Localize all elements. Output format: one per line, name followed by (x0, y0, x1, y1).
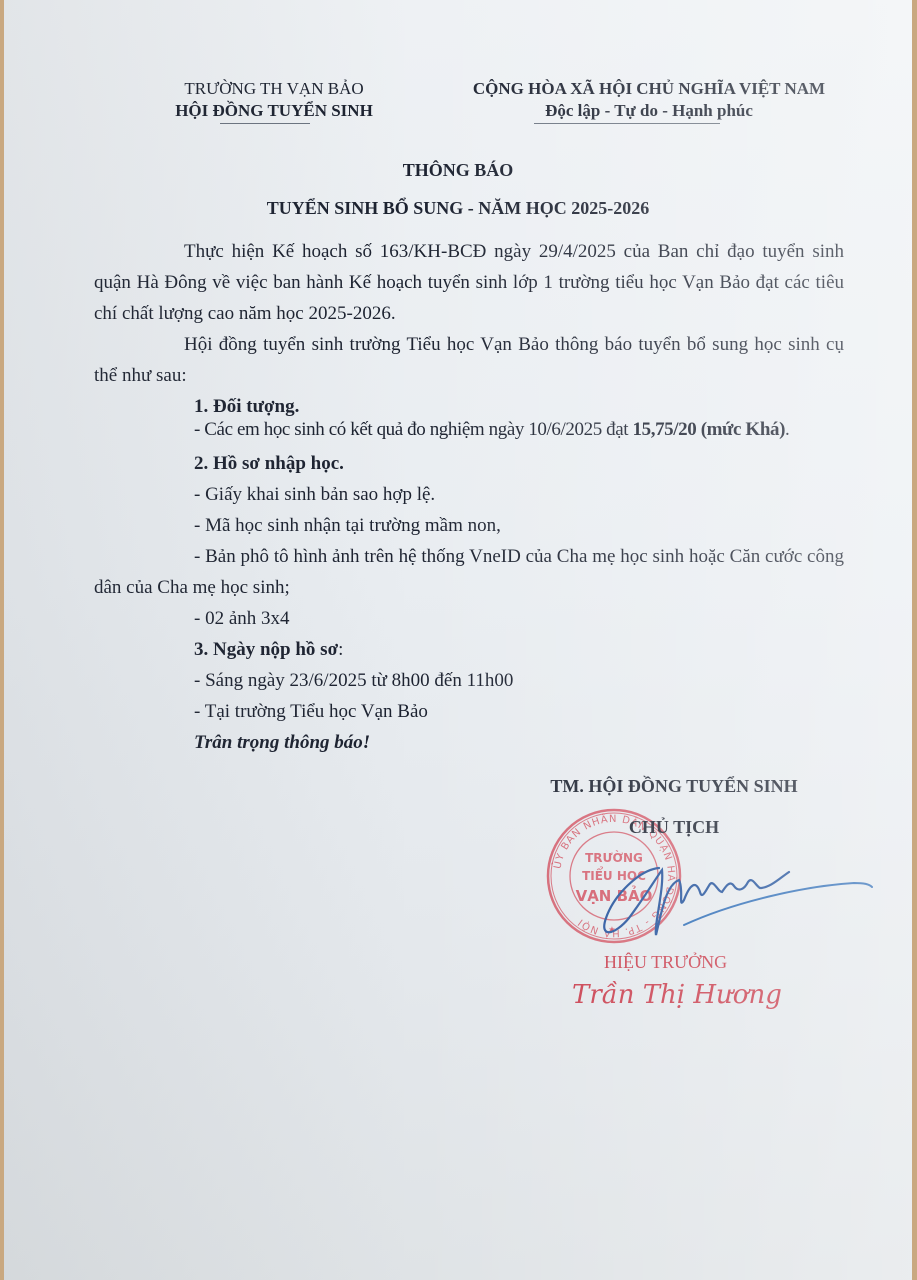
school-header: TRƯỜNG TH VẠN BẢO HỘI ĐỒNG TUYỂN SINH (154, 78, 394, 122)
handwritten-signature (584, 840, 884, 950)
section-2-item: - 02 ảnh 3x4 (194, 603, 290, 634)
required-score: 15,75/20 (mức Khá) (633, 419, 786, 440)
intro-paragraph-2: Hội đồng tuyển sinh trường Tiểu học Vạn … (94, 329, 844, 391)
signature-on-behalf: TM. HỘI ĐỒNG TUYỂN SINH (504, 776, 844, 797)
closing-remark: Trân trọng thông báo! (194, 727, 370, 758)
section-3-item: - Tại trường Tiểu học Vạn Bảo (194, 696, 428, 727)
national-header: CỘNG HÒA XÃ HỘI CHỦ NGHĨA VIỆT NAM Độc l… (424, 78, 874, 122)
header-right-underline (534, 123, 720, 124)
document-page: TRƯỜNG TH VẠN BẢO HỘI ĐỒNG TUYỂN SINH CỘ… (4, 0, 912, 1280)
section-2-heading: 2. Hồ sơ nhập học. (194, 448, 344, 479)
school-name: TRƯỜNG TH VẠN BẢO (154, 78, 394, 100)
section-3-heading: 3. Ngày nộp hồ sơ: (194, 634, 343, 665)
section-2-item: - Giấy khai sinh bản sao hợp lệ. (194, 479, 435, 510)
country-name: CỘNG HÒA XÃ HỘI CHỦ NGHĨA VIỆT NAM (424, 78, 874, 100)
admission-council: HỘI ĐỒNG TUYỂN SINH (154, 100, 394, 122)
document-subtitle: TUYỂN SINH BỔ SUNG - NĂM HỌC 2025-2026 (4, 198, 912, 219)
principal-role: HIỆU TRƯỞNG (604, 952, 727, 973)
principal-name: Trần Thị Hương (572, 980, 782, 1010)
intro-paragraph-1: Thực hiện Kế hoạch số 163/KH-BCĐ ngày 29… (94, 236, 844, 329)
header-left-underline (220, 123, 310, 124)
national-motto: Độc lập - Tự do - Hạnh phúc (424, 100, 874, 122)
signature-position: CHỦ TỊCH (604, 817, 744, 838)
section-2-item: - Mã học sinh nhận tại trường mầm non, (194, 510, 501, 541)
section-2-item: - Bản phô tô hình ảnh trên hệ thống VneI… (94, 541, 844, 603)
section-1-item: - Các em học sinh có kết quả đo nghiệm n… (194, 414, 789, 445)
document-title: THÔNG BÁO (4, 160, 912, 181)
section-3-item: - Sáng ngày 23/6/2025 từ 8h00 đến 11h00 (194, 665, 513, 696)
